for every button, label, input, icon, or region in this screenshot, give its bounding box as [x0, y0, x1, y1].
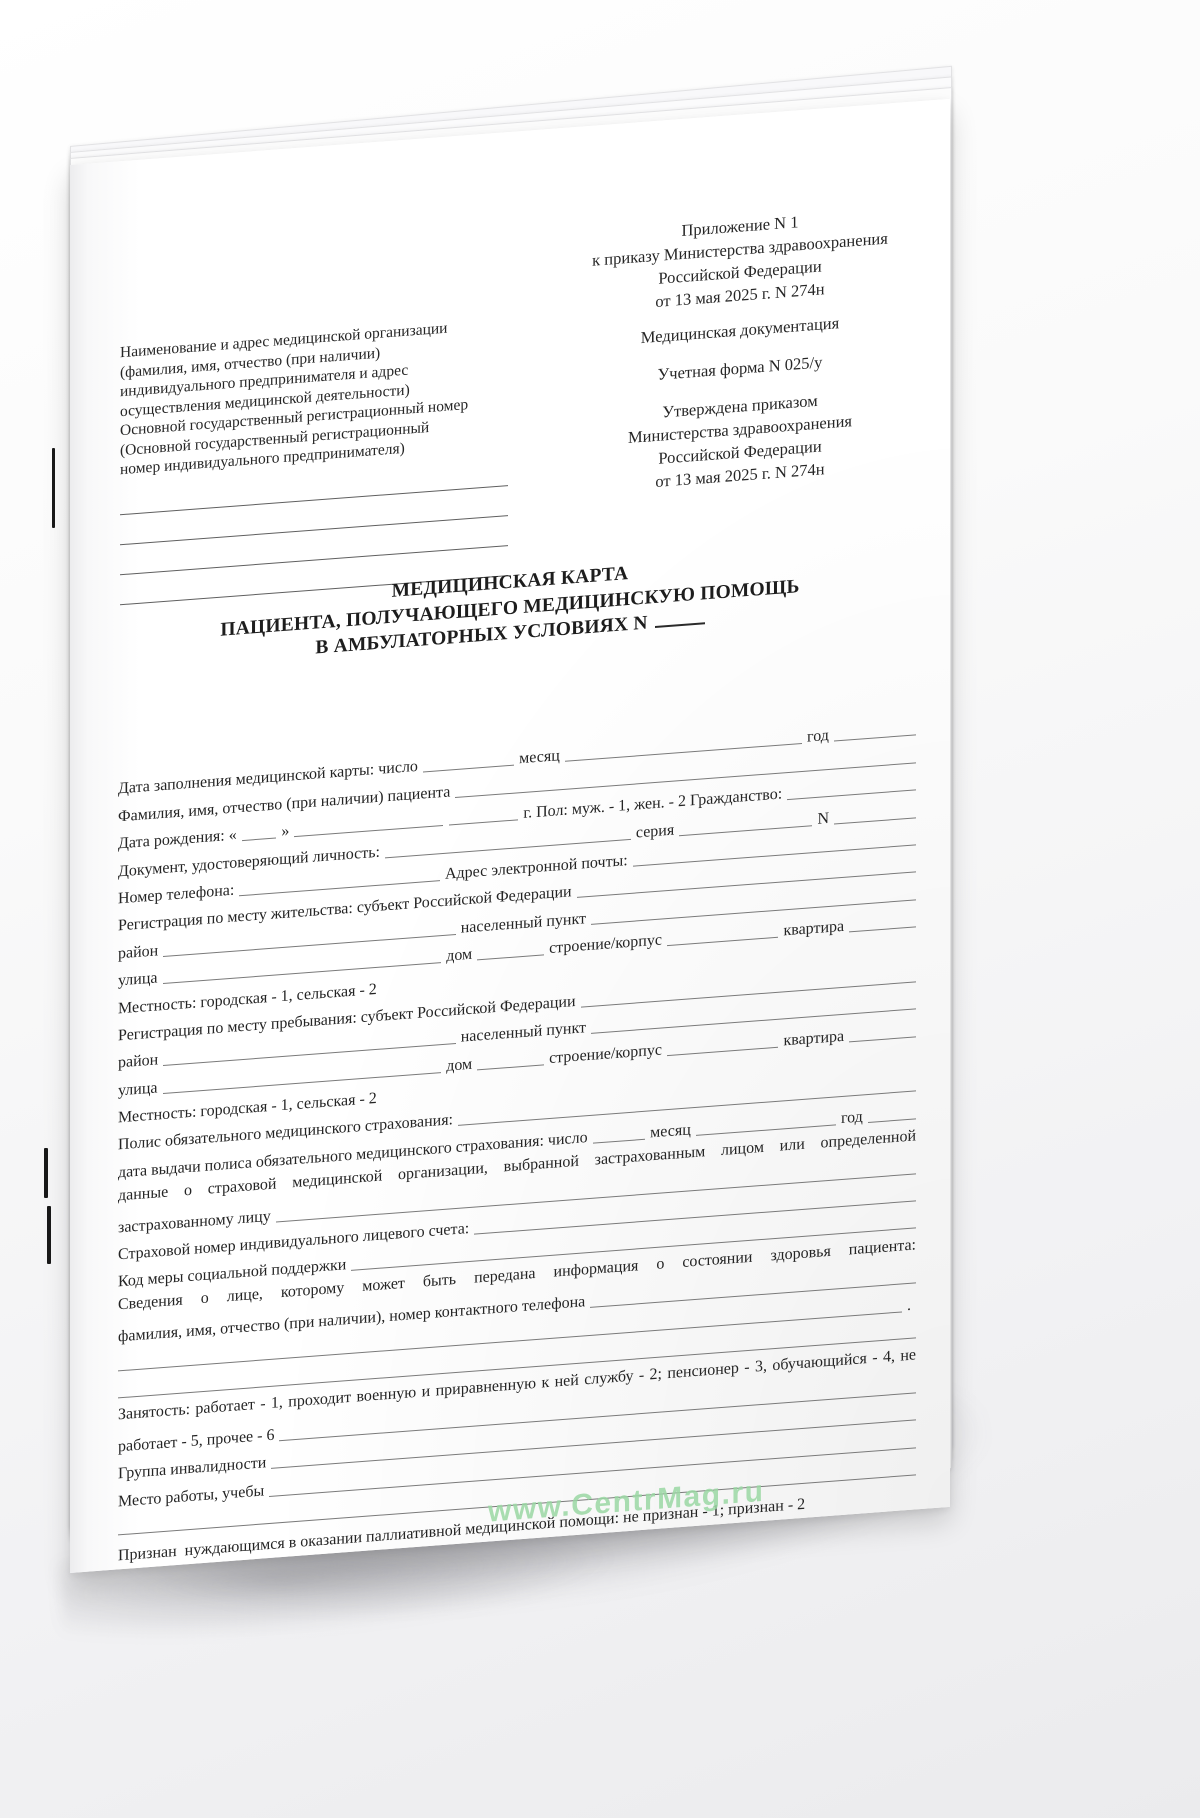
fill-line	[242, 838, 277, 842]
field-label: улица	[118, 969, 163, 990]
field-label: серия	[631, 821, 679, 843]
field-label: год	[802, 727, 834, 747]
org-note: Наименование и адрес медицинской организ…	[120, 314, 508, 480]
field-label: месяц	[514, 747, 565, 769]
card-number-line	[655, 622, 705, 628]
spine-mark	[52, 448, 55, 528]
field-label: год	[836, 1108, 868, 1128]
photo-background: Приложение N 1к приказу Министерства здр…	[0, 0, 1200, 1818]
form-fields: Дата заполнения медицинской карты: число…	[118, 711, 916, 1565]
spine-mark	[47, 1206, 51, 1264]
field-label: район	[118, 942, 163, 963]
header-right-column: Приложение N 1к приказу Министерства здр…	[572, 202, 908, 499]
field-label: N	[812, 809, 834, 829]
approved-block: Утверждена приказомМинистерства здравоох…	[572, 382, 908, 499]
field-label: .	[902, 1296, 916, 1315]
spine-mark	[44, 1148, 48, 1198]
field-label: дом	[441, 1055, 477, 1076]
field-label: »	[276, 822, 294, 841]
medical-card-page: Приложение N 1к приказу Министерства здр…	[70, 99, 950, 1573]
appendix-block: Приложение N 1к приказу Министерства здр…	[572, 202, 908, 319]
org-address-block: Наименование и адрес медицинской организ…	[120, 314, 508, 605]
field-label: улица	[118, 1079, 163, 1100]
field-label: дом	[441, 946, 477, 967]
field-label: район	[118, 1051, 163, 1072]
